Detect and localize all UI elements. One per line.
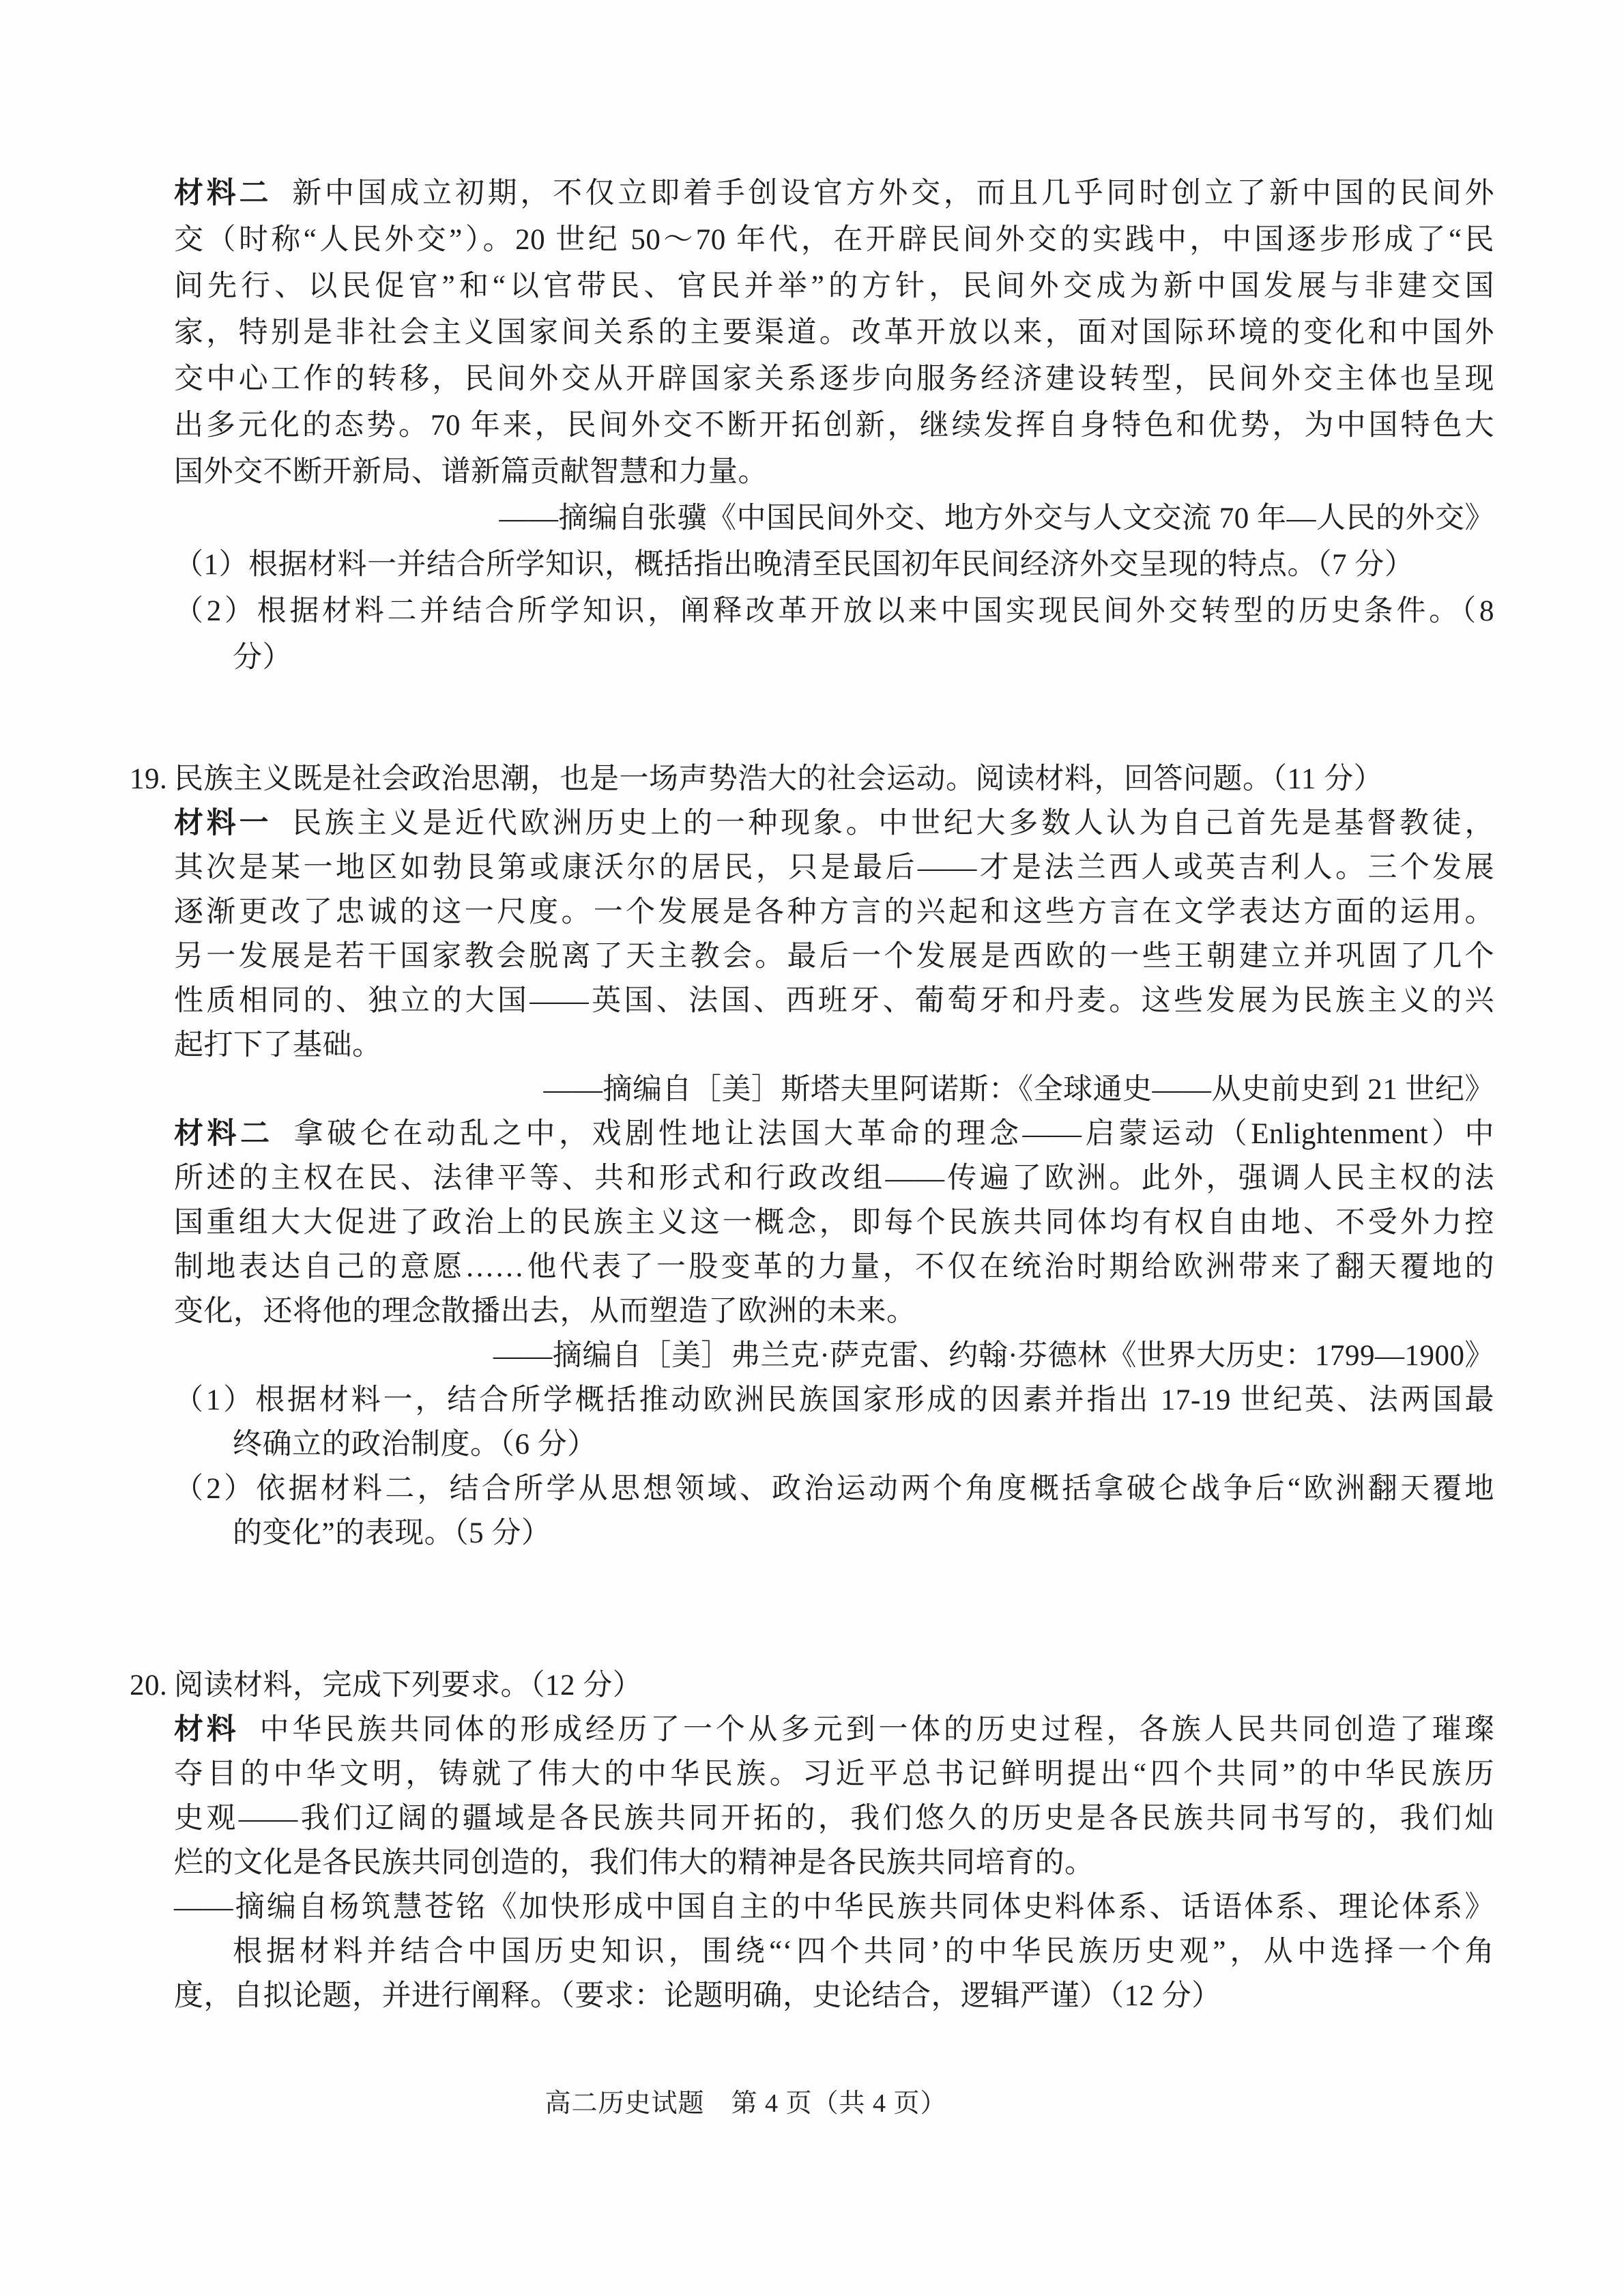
text-line: 国外交不断开新局、谱新篇贡献智慧和力量。 <box>174 449 1494 496</box>
page-content: 材料二新中国成立初期，不仅立即着手创设官方外交，而且几乎同时创立了新中国的民间外… <box>130 171 1494 2126</box>
line-text: 依据材料二，结合所学从思想领域、政治运动两个角度概括拿破仑战争后“欧洲翻天覆地 <box>256 1473 1494 1505</box>
text-line: 起打下了基础。 <box>174 1023 1494 1067</box>
line-text: 逐渐更改了忠诚的这一尺度。一个发展是各种方言的兴起和这些方言在文学表达方面的运用… <box>174 896 1494 928</box>
line-text: 所述的主权在民、法律平等、共和形式和行政改组——传遍了欧洲。此外，强调人民主权的… <box>174 1162 1494 1194</box>
text-line: 材料二拿破仑在动乱之中，戏剧性地让法国大革命的理念——启蒙运动（Enlighte… <box>174 1112 1494 1156</box>
line-text: 根据材料一，结合所学概括推动欧洲民族国家形成的因素并指出 17-19 世纪英、法… <box>255 1384 1494 1416</box>
line-text: 其次是某一地区如勃艮第或康沃尔的居民，只是最后——才是法兰西人或英吉利人。三个发… <box>174 852 1494 884</box>
sub-question-continuation: 分） <box>174 635 1494 681</box>
sub-question: （1）根据材料一，结合所学概括推动欧洲民族国家形成的因素并指出 17-19 世纪… <box>174 1378 1494 1422</box>
sub-question-marker: （1） <box>174 1384 255 1416</box>
line-text: 家，特别是非社会主义国家间关系的主要渠道。改革开放以来，面对国际环境的变化和中国… <box>174 317 1494 349</box>
question-20: 20.阅读材料，完成下列要求。（12 分）材料中华民族共同体的形成经历了一个从多… <box>130 1663 1494 2018</box>
text-line: 间先行、以民促官”和“以官带民、官民并举”的方针，民间外交成为新中国发展与非建交… <box>174 263 1494 310</box>
text-line: 另一发展是若干国家教会脱离了天主教会。最后一个发展是西欧的一些王朝建立并巩固了几… <box>174 934 1494 979</box>
question-body: 材料一民族主义是近代欧洲历史上的一种现象。中世纪大多数人认为自己首先是基督教徒，… <box>174 801 1494 1555</box>
question-number: 20. <box>130 1663 174 1708</box>
text-line: 交中心工作的转移，民间外交从开辟国家关系逐步向服务经济建设转型，民间外交主体也呈… <box>174 356 1494 403</box>
line-text: 民族主义是近代欧洲历史上的一种现象。中世纪大多数人认为自己首先是基督教徒， <box>292 807 1494 840</box>
line-text: 出多元化的态势。70 年来，民间外交不断开拓创新，继续发挥自身特色和优势，为中国… <box>174 410 1494 442</box>
text-line: 交（时称“人民外交”）。20 世纪 50～70 年代，在开辟民间外交的实践中，中… <box>174 217 1494 263</box>
text-line: 史观——我们辽阔的疆域是各民族共同开拓的，我们悠久的历史是各民族共同书写的，我们… <box>174 1796 1494 1841</box>
text-line: 国重组大大促进了政治上的民族主义这一概念，即每个民族共同体均有权自由地、不受外力… <box>174 1201 1494 1245</box>
questions-container: 材料二新中国成立初期，不仅立即着手创设官方外交，而且几乎同时创立了新中国的民间外… <box>130 171 1494 2018</box>
line-text: 度，自拟论题，并进行阐释。（要求：论题明确，史论结合，逻辑严谨）（12 分） <box>174 1980 1221 2012</box>
line-text: 交中心工作的转移，民间外交从开辟国家关系逐步向服务经济建设转型，民间外交主体也呈… <box>174 363 1494 395</box>
footer-text: 高二历史试题 第 4 页（共 4 页） <box>545 2089 946 2118</box>
question-body: 材料二新中国成立初期，不仅立即着手创设官方外交，而且几乎同时创立了新中国的民间外… <box>174 171 1494 681</box>
sub-question-continuation: 的变化”的表现。（5 分） <box>174 1511 1494 1555</box>
sub-question-marker: （1） <box>174 549 248 581</box>
line-text: 夺目的中华文明，铸就了伟大的中华民族。习近平总书记鲜明提出“四个共同”的中华民族… <box>174 1758 1494 1790</box>
line-text: 间先行、以民促官”和“以官带民、官民并举”的方针，民间外交成为新中国发展与非建交… <box>174 270 1494 302</box>
line-text: 中华民族共同体的形成经历了一个从多元到一体的历史过程，各族人民共同创造了璀璨 <box>259 1714 1494 1746</box>
question-stem: 19.民族主义既是社会政治思潮，也是一场声势浩大的社会运动。阅读材料，回答问题。… <box>130 757 1494 801</box>
text-line: 材料一民族主义是近代欧洲历史上的一种现象。中世纪大多数人认为自己首先是基督教徒， <box>174 801 1494 846</box>
citation-line: ——摘编自杨筑慧苍铭《加快形成中国自主的中华民族共同体史料体系、话语体系、理论体… <box>174 1885 1494 1929</box>
line-text: 另一发展是若干国家教会脱离了天主教会。最后一个发展是西欧的一些王朝建立并巩固了几… <box>174 941 1494 973</box>
line-text: 根据材料并结合中国历史知识，围绕“‘四个共同’的中华民族历史观”，从中选择一个角 <box>233 1936 1494 1968</box>
line-text: 根据材料二并结合所学知识，阐释改革开放以来中国实现民间外交转型的历史条件。（8 <box>257 595 1494 627</box>
line-text: 国外交不断开新局、谱新篇贡献智慧和力量。 <box>174 456 768 488</box>
line-text: 分） <box>233 642 292 674</box>
text-line: 出多元化的态势。70 年来，民间外交不断开拓创新，继续发挥自身特色和优势，为中国… <box>174 403 1494 449</box>
citation-text: ——摘编自［美］弗兰克·萨克雷、约翰·芬德林《世界大历史：1799—1900》 <box>493 1340 1494 1372</box>
line-text: 拿破仑在动乱之中，戏剧性地让法国大革命的理念——启蒙运动（Enlightenme… <box>294 1118 1494 1150</box>
sub-question-marker: （2） <box>174 595 257 627</box>
text-line: 材料中华民族共同体的形成经历了一个从多元到一体的历史过程，各族人民共同创造了璀璨 <box>174 1708 1494 1752</box>
line-text: 性质相同的、独立的大国——英国、法国、西班牙、葡萄牙和丹麦。这些发展为民族主义的… <box>174 985 1494 1017</box>
sub-question-continuation: 终确立的政治制度。（6 分） <box>174 1422 1494 1467</box>
line-text: 新中国成立初期，不仅立即着手创设官方外交，而且几乎同时创立了新中国的民间外 <box>292 177 1494 210</box>
text-line: 逐渐更改了忠诚的这一尺度。一个发展是各种方言的兴起和这些方言在文学表达方面的运用… <box>174 890 1494 934</box>
question-body: 材料中华民族共同体的形成经历了一个从多元到一体的历史过程，各族人民共同创造了璀璨… <box>174 1708 1494 2018</box>
question-19: 19.民族主义既是社会政治思潮，也是一场声势浩大的社会运动。阅读材料，回答问题。… <box>130 757 1494 1555</box>
line-text: 国重组大大促进了政治上的民族主义这一概念，即每个民族共同体均有权自由地、不受外力… <box>174 1207 1494 1239</box>
citation-line: ——摘编自［美］弗兰克·萨克雷、约翰·芬德林《世界大历史：1799—1900》 <box>174 1334 1494 1378</box>
text-line: 制地表达自己的意愿……他代表了一股变革的力量，不仅在统治时期给欧洲带来了翻天覆地… <box>174 1245 1494 1289</box>
line-text: 交（时称“人民外交”）。20 世纪 50～70 年代，在开辟民间外交的实践中，中… <box>174 224 1494 256</box>
citation-line: ——摘编自［美］斯塔夫里阿诺斯：《全球通史——从史前史到 21 世纪》 <box>174 1067 1494 1112</box>
citation-text: ——摘编自张骥《中国民间外交、地方外交与人文交流 70 年—人民的外交》 <box>499 502 1495 534</box>
text-line: 所述的主权在民、法律平等、共和形式和行政改组——传遍了欧洲。此外，强调人民主权的… <box>174 1156 1494 1201</box>
citation-text: ——摘编自［美］斯塔夫里阿诺斯：《全球通史——从史前史到 21 世纪》 <box>544 1074 1495 1106</box>
stem-text: 民族主义既是社会政治思潮，也是一场声势浩大的社会运动。阅读材料，回答问题。（11… <box>174 763 1383 795</box>
line-text: 终确立的政治制度。（6 分） <box>233 1429 597 1461</box>
sub-question: （2）依据材料二，结合所学从思想领域、政治运动两个角度概括拿破仑战争后“欧洲翻天… <box>174 1467 1494 1511</box>
material-label: 材料一 <box>174 807 272 840</box>
line-text: 起打下了基础。 <box>174 1029 382 1061</box>
sub-question: （2）根据材料二并结合所学知识，阐释改革开放以来中国实现民间外交转型的历史条件。… <box>174 588 1494 635</box>
stem-text: 阅读材料，完成下列要求。（12 分） <box>174 1669 642 1702</box>
page-footer: 高二历史试题 第 4 页（共 4 页） <box>63 2082 1428 2126</box>
line-text: 制地表达自己的意愿……他代表了一股变革的力量，不仅在统治时期给欧洲带来了翻天覆地… <box>174 1251 1494 1283</box>
material-label: 材料 <box>174 1714 239 1746</box>
line-text: 变化，还将他的理念散播出去，从而塑造了欧洲的未来。 <box>174 1295 916 1328</box>
text-line: 其次是某一地区如勃艮第或康沃尔的居民，只是最后——才是法兰西人或英吉利人。三个发… <box>174 846 1494 890</box>
text-line: 变化，还将他的理念散播出去，从而塑造了欧洲的未来。 <box>174 1289 1494 1334</box>
text-line: 材料二新中国成立初期，不仅立即着手创设官方外交，而且几乎同时创立了新中国的民间外 <box>174 171 1494 217</box>
citation-text: ——摘编自杨筑慧苍铭《加快形成中国自主的中华民族共同体史料体系、话语体系、理论体… <box>174 1891 1494 1923</box>
question-stem: 20.阅读材料，完成下列要求。（12 分） <box>130 1663 1494 1708</box>
material-label: 材料二 <box>174 1118 274 1150</box>
line-text: 史观——我们辽阔的疆域是各民族共同开拓的，我们悠久的历史是各民族共同书写的，我们… <box>174 1803 1494 1835</box>
text-line: 夺目的中华文明，铸就了伟大的中华民族。习近平总书记鲜明提出“四个共同”的中华民族… <box>174 1752 1494 1796</box>
line-text: 烂的文化是各民族共同创造的，我们伟大的精神是各民族共同培育的。 <box>174 1847 1094 1879</box>
question-18-continuation: 材料二新中国成立初期，不仅立即着手创设官方外交，而且几乎同时创立了新中国的民间外… <box>130 171 1494 681</box>
material-label: 材料二 <box>174 177 272 210</box>
line-text: 根据材料一并结合所学知识，概括指出晚清至民国初年民间经济外交呈现的特点。（7 分… <box>248 549 1414 581</box>
text-line: 家，特别是非社会主义国家间关系的主要渠道。改革开放以来，面对国际环境的变化和中国… <box>174 310 1494 356</box>
text-line: 烂的文化是各民族共同创造的，我们伟大的精神是各民族共同培育的。 <box>174 1841 1494 1885</box>
text-line: 性质相同的、独立的大国——英国、法国、西班牙、葡萄牙和丹麦。这些发展为民族主义的… <box>174 979 1494 1023</box>
sub-question-marker: （2） <box>174 1473 256 1505</box>
task-line: 根据材料并结合中国历史知识，围绕“‘四个共同’的中华民族历史观”，从中选择一个角 <box>174 1929 1494 1974</box>
exam-paper-page: 材料二新中国成立初期，不仅立即着手创设官方外交，而且几乎同时创立了新中国的民间外… <box>0 0 1624 2296</box>
sub-question: （1）根据材料一并结合所学知识，概括指出晚清至民国初年民间经济外交呈现的特点。（… <box>174 542 1494 588</box>
citation-line: ——摘编自张骥《中国民间外交、地方外交与人文交流 70 年—人民的外交》 <box>174 496 1494 542</box>
task-line: 度，自拟论题，并进行阐释。（要求：论题明确，史论结合，逻辑严谨）（12 分） <box>174 1974 1494 2018</box>
question-number: 19. <box>130 757 174 801</box>
line-text: 的变化”的表现。（5 分） <box>233 1517 551 1549</box>
